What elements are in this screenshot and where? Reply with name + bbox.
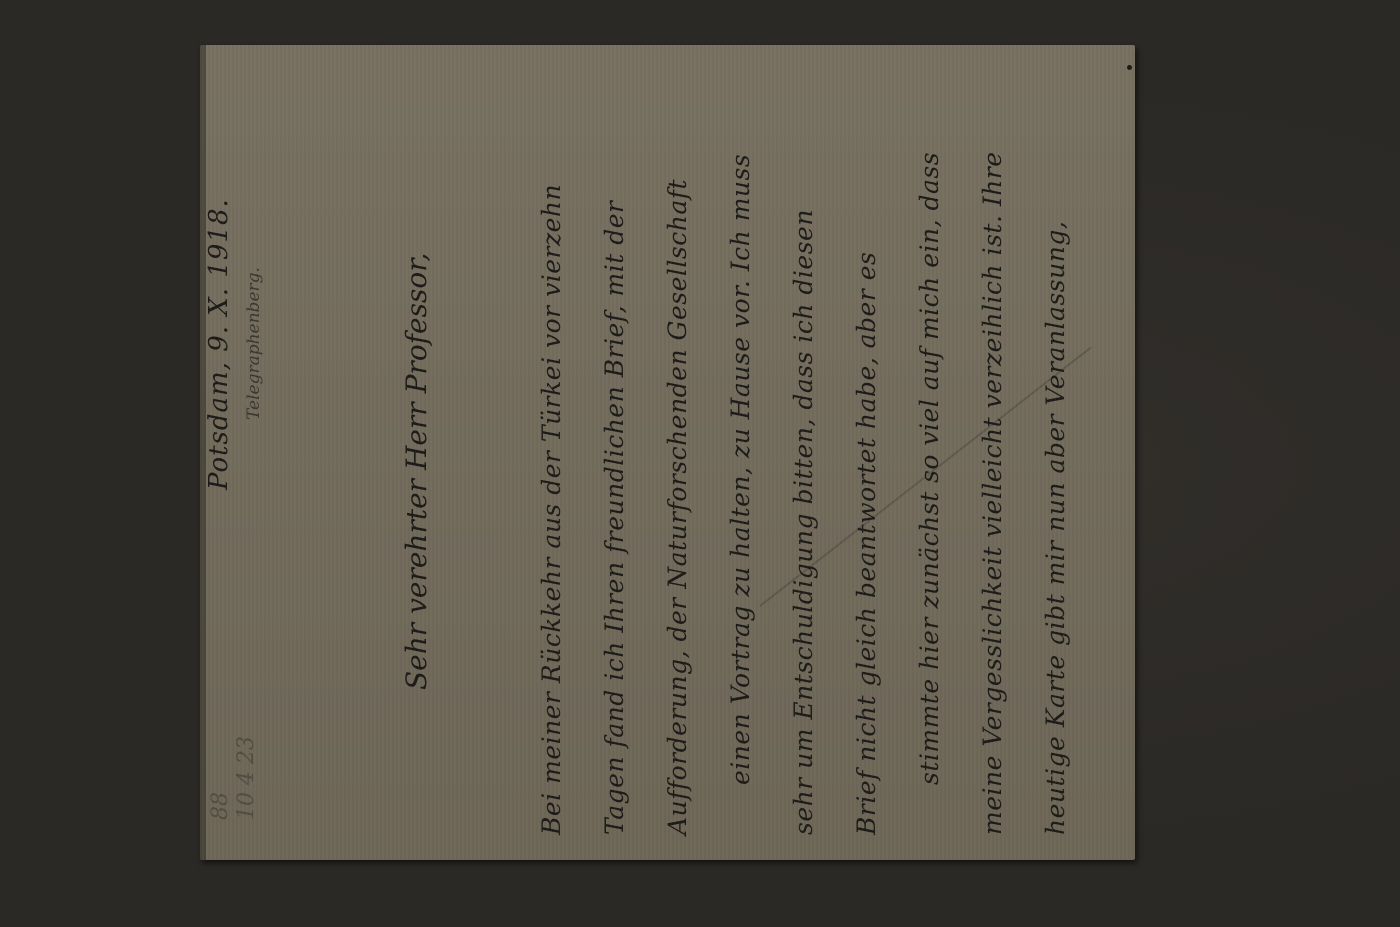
salutation: Sehr verehrter Herr Professor,: [400, 253, 433, 690]
body-line: stimmte hier zunächst so viel auf mich e…: [898, 55, 961, 835]
archive-number-line: 88: [208, 700, 234, 820]
body-line: Tagen fand ich Ihren freundlichen Brief,…: [583, 55, 646, 835]
body-line: Aufforderung, der Naturforschenden Gesel…: [646, 55, 709, 835]
place-and-date: Potsdam, 9. X. 1918.: [204, 198, 234, 490]
letter-body: Bei meiner Rückkehr aus der Türkei vor v…: [520, 55, 1087, 835]
letter-sheet: 88 10 4 23 Potsdam, 9. X. 1918. Telegrap…: [200, 45, 1135, 860]
body-line: heutige Karte gibt mir nun aber Veranlas…: [1024, 55, 1087, 835]
body-line: sehr um Entschuldigung bitten, dass ich …: [772, 55, 835, 835]
letter-content: 88 10 4 23 Potsdam, 9. X. 1918. Telegrap…: [200, 45, 1135, 860]
archive-number-stamp: 88 10 4 23: [208, 700, 260, 820]
body-line: Brief nicht gleich beantwortet habe, abe…: [835, 55, 898, 835]
place-subline: Telegraphenberg.: [244, 267, 264, 420]
body-line: einen Vortrag zu halten, zu Hause vor. I…: [709, 55, 772, 835]
body-line: Bei meiner Rückkehr aus der Türkei vor v…: [520, 55, 583, 835]
body-line: meine Vergesslichkeit vielleicht verzeih…: [961, 55, 1024, 835]
archive-number-line: 10 4 23: [234, 700, 260, 820]
